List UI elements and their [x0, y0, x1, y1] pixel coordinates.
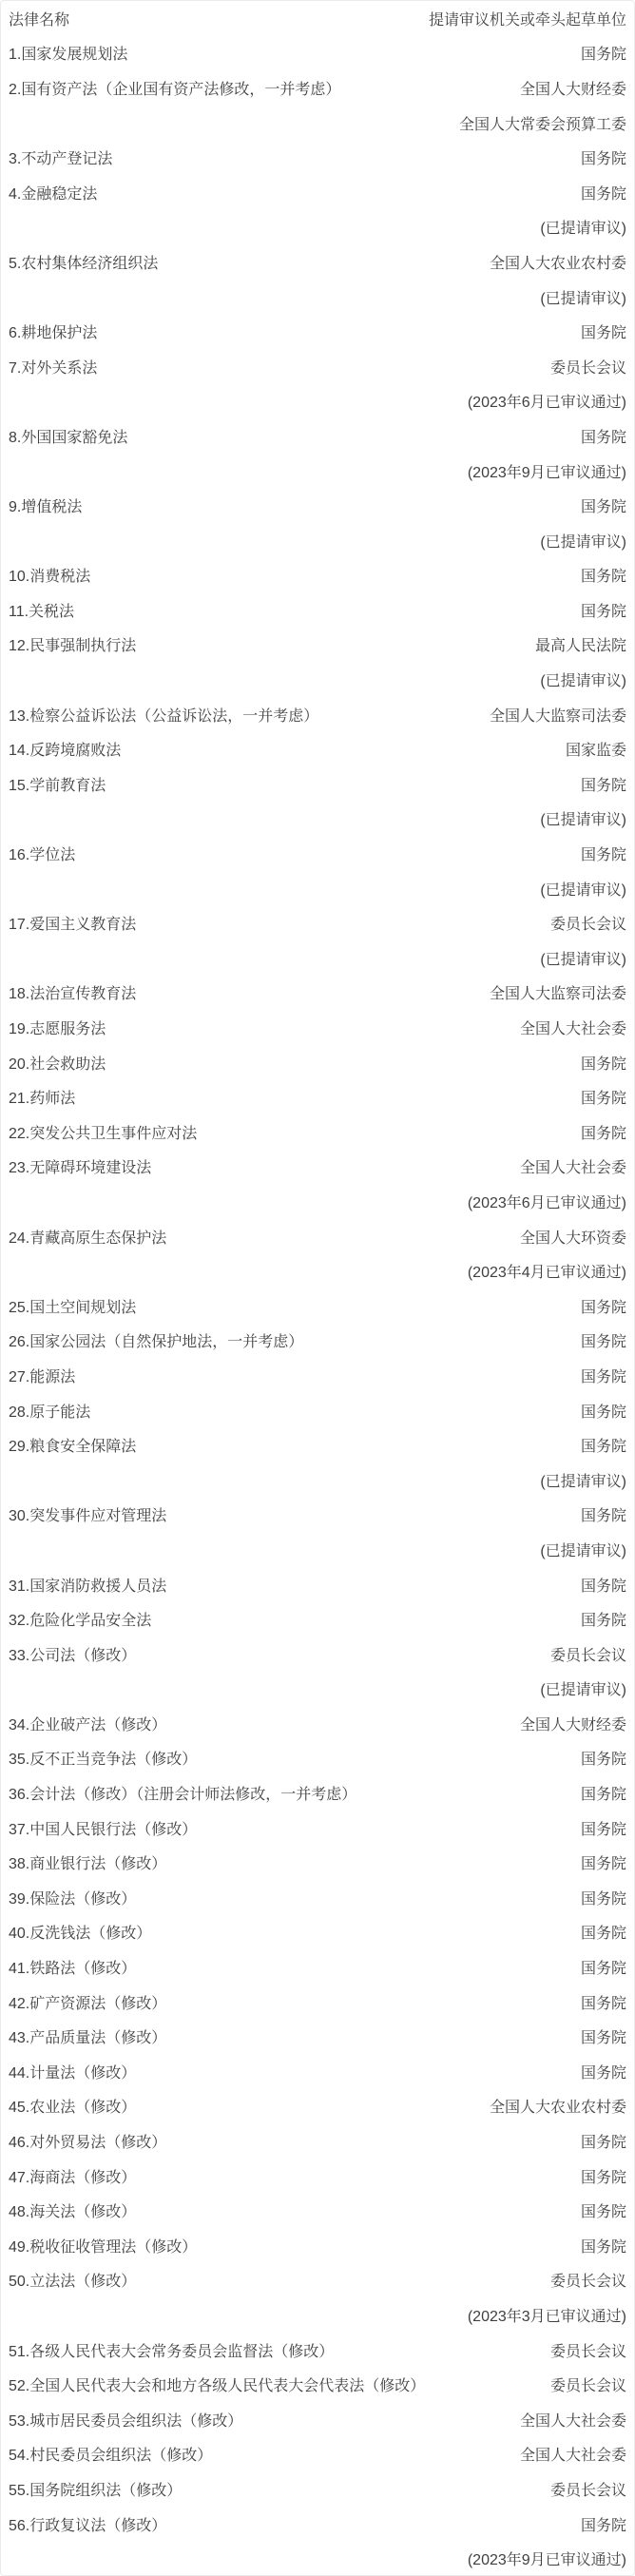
table-row: 39.保险法（修改）国务院 [9, 1880, 626, 1915]
agency-cell: 国务院 [581, 1086, 626, 1108]
law-name-cell: 20.社会救助法 [9, 1052, 106, 1074]
law-list-document: 法律名称 提请审议机关或牵头起草单位 1.国家发展规划法国务院2.国有资产法（企… [0, 0, 635, 2576]
status-cell: (2023年4月已审议通过) [468, 1260, 626, 1282]
table-row: (2023年3月已审议通过) [9, 2297, 626, 2333]
law-table-body: 1.国家发展规划法国务院2.国有资产法（企业国有资产法修改，一并考虑）全国人大财… [9, 36, 626, 2576]
law-name-cell: 22.突发公共卫生事件应对法 [9, 1121, 197, 1143]
law-name-cell: 35.反不正当竞争法（修改） [9, 1747, 197, 1769]
table-row: 2.国有资产法（企业国有资产法修改，一并考虑）全国人大财经委 [9, 70, 626, 106]
law-name-cell: 13.检察公益诉讼法（公益诉讼法，一并考虑） [9, 704, 318, 726]
law-name-cell: 50.立法法（修改） [9, 2269, 136, 2291]
law-name-cell: 54.村民委员会组织法（修改） [9, 2443, 212, 2465]
law-name-cell: 26.国家公园法（自然保护地法，一并考虑） [9, 1329, 303, 1351]
law-name-cell: 3.不动产登记法 [9, 146, 112, 168]
law-name-cell: 9.增值税法 [9, 494, 82, 516]
table-row: 30.突发事件应对管理法国务院 [9, 1498, 626, 1533]
law-name-cell: 31.国家消防救援人员法 [9, 1574, 166, 1596]
law-name-cell: 24.青藏高原生态保护法 [9, 1226, 166, 1248]
agency-cell: 国务院 [581, 1991, 626, 2013]
agency-cell: 国务院 [581, 494, 626, 516]
law-name-cell: 10.消费税法 [9, 564, 90, 586]
agency-cell: 国务院 [581, 1400, 626, 1422]
table-row: 49.税收征收管理法（修改）国务院 [9, 2228, 626, 2263]
table-row: 42.矿产资源法（修改）国务院 [9, 1985, 626, 2020]
agency-cell: 全国人大农业农村委 [490, 251, 626, 273]
table-row: 21.药师法国务院 [9, 1079, 626, 1114]
table-row: 全国人大常委会预算工委 [9, 106, 626, 141]
law-name-cell: 23.无障碍环境建设法 [9, 1155, 151, 1177]
agency-cell: 全国人大环资委 [520, 1226, 626, 1248]
table-row: 53.城市居民委员会组织法（修改）全国人大社会委 [9, 2402, 626, 2437]
table-row: 25.国土空间规划法国务院 [9, 1288, 626, 1324]
status-cell: (2023年6月已审议通过) [468, 1191, 626, 1212]
law-name-cell: 29.粮食安全保障法 [9, 1434, 136, 1456]
table-row: 11.关税法国务院 [9, 592, 626, 628]
agency-cell: 委员长会议 [550, 356, 626, 378]
status-cell: (2023年9月已审议通过) [468, 460, 626, 482]
law-name-cell: 44.计量法（修改） [9, 2061, 136, 2082]
law-name-cell: 38.商业银行法（修改） [9, 1851, 166, 1873]
table-row: 5.农村集体经济组织法全国人大农业农村委 [9, 244, 626, 280]
agency-cell: 委员长会议 [550, 912, 626, 934]
table-row: 32.危险化学品安全法国务院 [9, 1601, 626, 1637]
table-row: (2023年9月已审议通过) [9, 2541, 626, 2576]
agency-cell: 委员长会议 [550, 2478, 626, 2500]
law-name-cell: 43.产品质量法（修改） [9, 2025, 166, 2047]
table-row: 24.青藏高原生态保护法全国人大环资委 [9, 1219, 626, 1254]
agency-cell: 最高人民法院 [535, 633, 626, 655]
law-name-cell: 21.药师法 [9, 1086, 75, 1108]
agency-cell: 国务院 [581, 1121, 626, 1143]
table-row: 35.反不正当竞争法（修改）国务院 [9, 1741, 626, 1776]
table-row: 23.无障碍环境建设法全国人大社会委 [9, 1150, 626, 1185]
law-name-cell: 15.学前教育法 [9, 773, 106, 795]
table-row: 48.海关法（修改）国务院 [9, 2193, 626, 2228]
agency-cell: 委员长会议 [550, 2339, 626, 2361]
law-name-cell: 47.海商法（修改） [9, 2165, 136, 2187]
law-name-cell: 40.反洗钱法（修改） [9, 1921, 151, 1943]
table-row: 6.耕地保护法国务院 [9, 314, 626, 349]
law-name-cell: 48.海关法（修改） [9, 2199, 136, 2221]
status-cell: (已提请审议) [540, 807, 626, 829]
agency-cell: 国务院 [581, 2025, 626, 2047]
law-name-cell: 2.国有资产法（企业国有资产法修改，一并考虑） [9, 77, 340, 99]
table-row: 17.爱国主义教育法委员长会议 [9, 905, 626, 940]
table-row: (已提请审议) [9, 802, 626, 837]
law-name-cell: 49.税收征收管理法（修改） [9, 2235, 197, 2256]
law-name-cell: 52.全国人民代表大会和地方各级人民代表大会代表法（修改） [9, 2373, 425, 2395]
law-name-cell: 16.学位法 [9, 843, 75, 864]
table-row: 20.社会救助法国务院 [9, 1045, 626, 1080]
table-row: (已提请审议) [9, 280, 626, 315]
column-header-law-name: 法律名称 [9, 8, 69, 29]
table-row: 7.对外关系法委员长会议 [9, 349, 626, 384]
agency-cell: 国务院 [581, 182, 626, 203]
status-cell: (2023年6月已审议通过) [468, 390, 626, 412]
status-cell: (已提请审议) [540, 947, 626, 969]
agency-cell: 国务院 [581, 773, 626, 795]
agency-cell: 国务院 [581, 425, 626, 447]
table-row: 37.中国人民银行法（修改）国务院 [9, 1811, 626, 1846]
agency-cell: 国务院 [581, 2235, 626, 2256]
law-name-cell: 28.原子能法 [9, 1400, 90, 1422]
law-name-cell: 41.铁路法（修改） [9, 1956, 136, 1978]
status-cell: (已提请审议) [540, 286, 626, 308]
law-name-cell: 32.危险化学品安全法 [9, 1608, 151, 1630]
table-row: (2023年6月已审议通过) [9, 1184, 626, 1219]
table-row: 43.产品质量法（修改）国务院 [9, 2019, 626, 2054]
status-cell: (已提请审议) [540, 216, 626, 238]
table-row: (2023年4月已审议通过) [9, 1253, 626, 1288]
table-row: 14.反跨境腐败法国家监委 [9, 731, 626, 766]
law-name-cell: 33.公司法（修改） [9, 1643, 136, 1665]
table-row: 8.外国国家豁免法国务院 [9, 418, 626, 454]
agency-cell: 国务院 [581, 1956, 626, 1978]
agency-cell: 全国人大财经委 [520, 77, 626, 99]
law-name-cell: 7.对外关系法 [9, 356, 97, 378]
agency-cell: 全国人大社会委 [520, 2443, 626, 2465]
law-name-cell: 42.矿产资源法（修改） [9, 1991, 166, 2013]
table-row: (已提请审议) [9, 871, 626, 906]
table-row: 12.民事强制执行法最高人民法院 [9, 628, 626, 663]
status-cell: (2023年9月已审议通过) [468, 2547, 626, 2569]
table-row: 18.法治宣传教育法全国人大监察司法委 [9, 976, 626, 1011]
law-name-cell: 17.爱国主义教育法 [9, 912, 136, 934]
table-row: 15.学前教育法国务院 [9, 766, 626, 802]
status-cell: (已提请审议) [540, 668, 626, 690]
law-name-cell: 25.国土空间规划法 [9, 1295, 136, 1317]
table-row: 29.粮食安全保障法国务院 [9, 1427, 626, 1462]
agency-cell: 国务院 [581, 564, 626, 586]
agency-cell: 全国人大社会委 [520, 2409, 626, 2431]
table-row: 55.国务院组织法（修改）委员长会议 [9, 2471, 626, 2507]
agency-cell: 国务院 [581, 1817, 626, 1839]
status-cell: (已提请审议) [540, 1539, 626, 1560]
table-row: (已提请审议) [9, 1532, 626, 1567]
agency-cell: 国务院 [581, 2199, 626, 2221]
agency-cell: 国务院 [581, 146, 626, 168]
agency-cell: 全国人大常委会预算工委 [459, 112, 626, 134]
agency-cell: 国务院 [581, 1434, 626, 1456]
agency-cell: 国家监委 [566, 738, 626, 760]
table-row: 22.突发公共卫生事件应对法国务院 [9, 1114, 626, 1150]
table-row: (已提请审议) [9, 1462, 626, 1498]
law-name-cell: 5.农村集体经济组织法 [9, 251, 158, 273]
table-row: 36.会计法（修改）（注册会计师法修改，一并考虑）国务院 [9, 1775, 626, 1811]
table-row: 54.村民委员会组织法（修改）全国人大社会委 [9, 2437, 626, 2472]
law-name-cell: 1.国家发展规划法 [9, 42, 127, 64]
column-header-agency: 提请审议机关或牵头起草单位 [429, 8, 626, 29]
agency-cell: 全国人大财经委 [520, 1713, 626, 1734]
law-name-cell: 6.耕地保护法 [9, 320, 97, 342]
agency-cell: 国务院 [581, 42, 626, 64]
law-name-cell: 36.会计法（修改）（注册会计师法修改，一并考虑） [9, 1782, 356, 1804]
table-row: 50.立法法（修改）委员长会议 [9, 2263, 626, 2298]
law-name-cell: 30.突发事件应对管理法 [9, 1503, 166, 1525]
agency-cell: 国务院 [581, 1329, 626, 1351]
table-row: 34.企业破产法（修改）全国人大财经委 [9, 1706, 626, 1741]
agency-cell: 国务院 [581, 1608, 626, 1630]
table-row: 28.原子能法国务院 [9, 1393, 626, 1428]
table-row: 4.金融稳定法国务院 [9, 175, 626, 210]
agency-cell: 国务院 [581, 2061, 626, 2082]
agency-cell: 国务院 [581, 2130, 626, 2152]
agency-cell: 国务院 [581, 1782, 626, 1804]
table-row: 45.农业法（修改）全国人大农业农村委 [9, 2089, 626, 2124]
agency-cell: 国务院 [581, 1851, 626, 1873]
table-row: 19.志愿服务法全国人大社会委 [9, 1010, 626, 1045]
agency-cell: 全国人大监察司法委 [490, 981, 626, 1003]
table-row: (已提请审议) [9, 662, 626, 697]
table-row: 1.国家发展规划法国务院 [9, 36, 626, 71]
agency-cell: 国务院 [581, 1574, 626, 1596]
agency-cell: 国务院 [581, 320, 626, 342]
agency-cell: 全国人大社会委 [520, 1155, 626, 1177]
table-header-row: 法律名称 提请审议机关或牵头起草单位 [9, 1, 626, 36]
agency-cell: 国务院 [581, 1503, 626, 1525]
agency-cell: 全国人大农业农村委 [490, 2095, 626, 2117]
table-row: 31.国家消防救援人员法国务院 [9, 1567, 626, 1602]
status-cell: (已提请审议) [540, 1677, 626, 1699]
agency-cell: 国务院 [581, 2165, 626, 2187]
table-row: 47.海商法（修改）国务院 [9, 2159, 626, 2194]
law-name-cell: 55.国务院组织法（修改） [9, 2478, 182, 2500]
agency-cell: 委员长会议 [550, 2373, 626, 2395]
law-name-cell: 27.能源法 [9, 1365, 75, 1386]
agency-cell: 委员长会议 [550, 2269, 626, 2291]
agency-cell: 全国人大社会委 [520, 1017, 626, 1038]
law-name-cell: 14.反跨境腐败法 [9, 738, 121, 760]
status-cell: (2023年3月已审议通过) [468, 2304, 626, 2326]
table-row: 51.各级人民代表大会常务委员会监督法（修改）委员长会议 [9, 2333, 626, 2368]
law-name-cell: 39.保险法（修改） [9, 1887, 136, 1908]
table-row: (2023年6月已审议通过) [9, 384, 626, 419]
table-row: 38.商业银行法（修改）国务院 [9, 1845, 626, 1880]
status-cell: (已提请审议) [540, 878, 626, 900]
agency-cell: 国务院 [581, 843, 626, 864]
agency-cell: 委员长会议 [550, 1643, 626, 1665]
agency-cell: 国务院 [581, 1921, 626, 1943]
table-row: (已提请审议) [9, 210, 626, 245]
table-row: 40.反洗钱法（修改）国务院 [9, 1915, 626, 1950]
table-row: 41.铁路法（修改）国务院 [9, 1949, 626, 1985]
law-name-cell: 56.行政复议法（修改） [9, 2513, 166, 2535]
table-row: 10.消费税法国务院 [9, 558, 626, 593]
agency-cell: 国务院 [581, 1747, 626, 1769]
law-name-cell: 18.法治宣传教育法 [9, 981, 136, 1003]
agency-cell: 国务院 [581, 1295, 626, 1317]
agency-cell: 国务院 [581, 599, 626, 621]
law-name-cell: 34.企业破产法（修改） [9, 1713, 166, 1734]
table-row: 33.公司法（修改）委员长会议 [9, 1637, 626, 1672]
law-name-cell: 11.关税法 [9, 599, 74, 621]
agency-cell: 全国人大监察司法委 [490, 704, 626, 726]
status-cell: (已提请审议) [540, 530, 626, 552]
table-row: (已提请审议) [9, 1672, 626, 1707]
agency-cell: 国务院 [581, 2513, 626, 2535]
table-row: 26.国家公园法（自然保护地法，一并考虑）国务院 [9, 1324, 626, 1359]
status-cell: (已提请审议) [540, 1469, 626, 1491]
table-row: 9.增值税法国务院 [9, 488, 626, 523]
table-row: 3.不动产登记法国务院 [9, 140, 626, 175]
law-name-cell: 51.各级人民代表大会常务委员会监督法（修改） [9, 2339, 334, 2361]
law-name-cell: 45.农业法（修改） [9, 2095, 136, 2117]
table-row: 27.能源法国务院 [9, 1358, 626, 1393]
agency-cell: 国务院 [581, 1887, 626, 1908]
law-name-cell: 46.对外贸易法（修改） [9, 2130, 166, 2152]
table-row: 56.行政复议法（修改）国务院 [9, 2507, 626, 2542]
table-row: 16.学位法国务院 [9, 836, 626, 871]
agency-cell: 国务院 [581, 1365, 626, 1386]
law-name-cell: 12.民事强制执行法 [9, 633, 136, 655]
table-row: (2023年9月已审议通过) [9, 454, 626, 489]
table-row: 52.全国人民代表大会和地方各级人民代表大会代表法（修改）委员长会议 [9, 2367, 626, 2402]
law-name-cell: 37.中国人民银行法（修改） [9, 1817, 197, 1839]
table-row: 13.检察公益诉讼法（公益诉讼法，一并考虑）全国人大监察司法委 [9, 697, 626, 732]
table-row: (已提请审议) [9, 523, 626, 558]
agency-cell: 国务院 [581, 1052, 626, 1074]
table-row: 44.计量法（修改）国务院 [9, 2054, 626, 2089]
table-row: (已提请审议) [9, 940, 626, 976]
law-name-cell: 53.城市居民委员会组织法（修改） [9, 2409, 242, 2431]
law-name-cell: 8.外国国家豁免法 [9, 425, 127, 447]
law-name-cell: 19.志愿服务法 [9, 1017, 106, 1038]
table-row: 46.对外贸易法（修改）国务院 [9, 2123, 626, 2159]
law-name-cell: 4.金融稳定法 [9, 182, 97, 203]
